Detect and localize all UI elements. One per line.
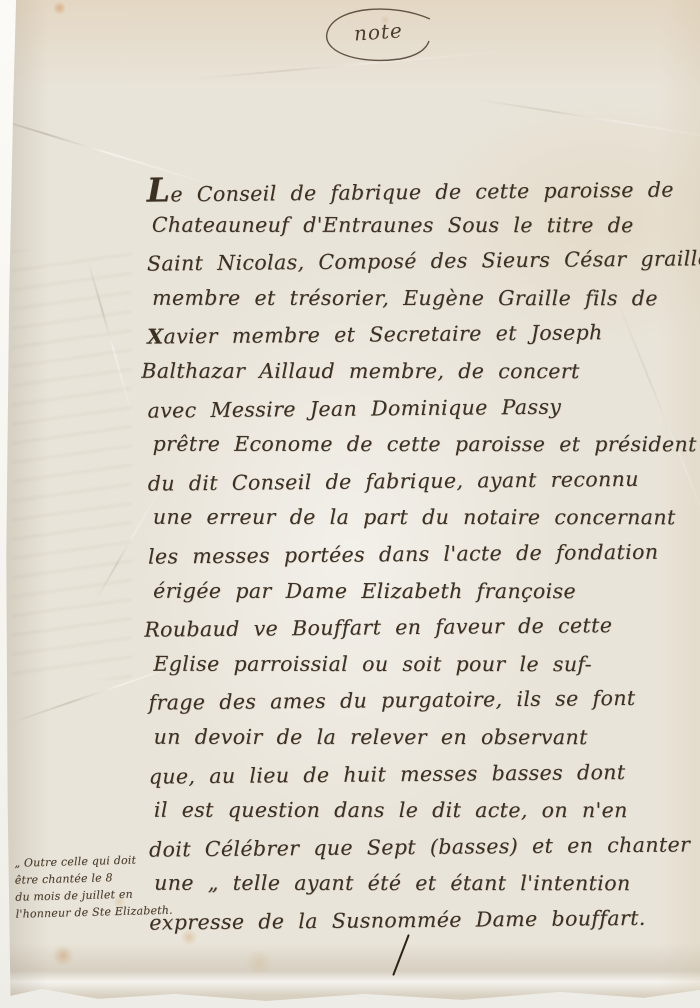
manuscript-line: Balthazar Aillaud membre, de concert [141, 353, 687, 390]
manuscript-line: Xavier membre et Secretaire et Joseph [147, 314, 687, 356]
manuscript-line: prêtre Econome de cette paroisse et prés… [153, 426, 688, 463]
manuscript-line: il est question dans le dit acte, on n'e… [154, 792, 689, 829]
manuscript-line: membre et trésorier, Eugène Graille fils… [152, 280, 687, 317]
manuscript-line: érigée par Dame Elizabeth françoise [153, 572, 688, 609]
paper-crease [471, 98, 700, 141]
margin-note: „ Outre celle qui doit être chantée le 8… [14, 851, 150, 922]
manuscript-line: doit Célébrer que Sept (basses) et en ch… [149, 826, 689, 868]
manuscript-line: expresse de la Susnommée Dame bouffart. [149, 899, 689, 941]
ink-stroke [392, 934, 410, 976]
document-page: note Le Conseil de fabrique de cette par… [0, 0, 700, 1008]
note-label: note [353, 18, 403, 45]
manuscript-line: que, au lieu de huit messes basses dont [149, 753, 689, 795]
manuscript-line: Le Conseil de fabrique de cette paroisse… [147, 167, 687, 209]
manuscript-line: Saint Nicolas, Composé des Sieurs César … [147, 241, 687, 283]
manuscript-line: une erreur de la part du notaire concern… [153, 499, 688, 536]
manuscript-line: Eglise parroissial ou soit pour le suf- [153, 645, 688, 682]
manuscript-line: avec Messire Jean Dominique Passy [147, 387, 687, 429]
manuscript-line: un devoir de la relever en observant [154, 719, 689, 756]
margin-note-line: l'honneur de Ste Elizabeth. [15, 902, 149, 923]
manuscript-line: frage des ames du purgatoire, ils se fon… [148, 680, 688, 722]
manuscript-line: une „ telle ayant été et étant l'intenti… [154, 865, 689, 902]
manuscript-line: Chateauneuf d'Entraunes Sous le titre de [152, 206, 687, 243]
manuscript-text: Le Conseil de fabrique de cette paroisse… [147, 169, 690, 939]
note-annotation: note [316, 6, 452, 68]
manuscript-line: du dit Conseil de fabrique, ayant reconn… [148, 460, 688, 502]
margin-note-line: „ Outre celle qui doit [14, 851, 148, 872]
manuscript-line: les messes portées dans l'acte de fondat… [148, 533, 688, 575]
manuscript-line: Roubaud ve Bouffart en faveur de cette [144, 607, 688, 649]
ink-bleedthrough [12, 250, 132, 680]
